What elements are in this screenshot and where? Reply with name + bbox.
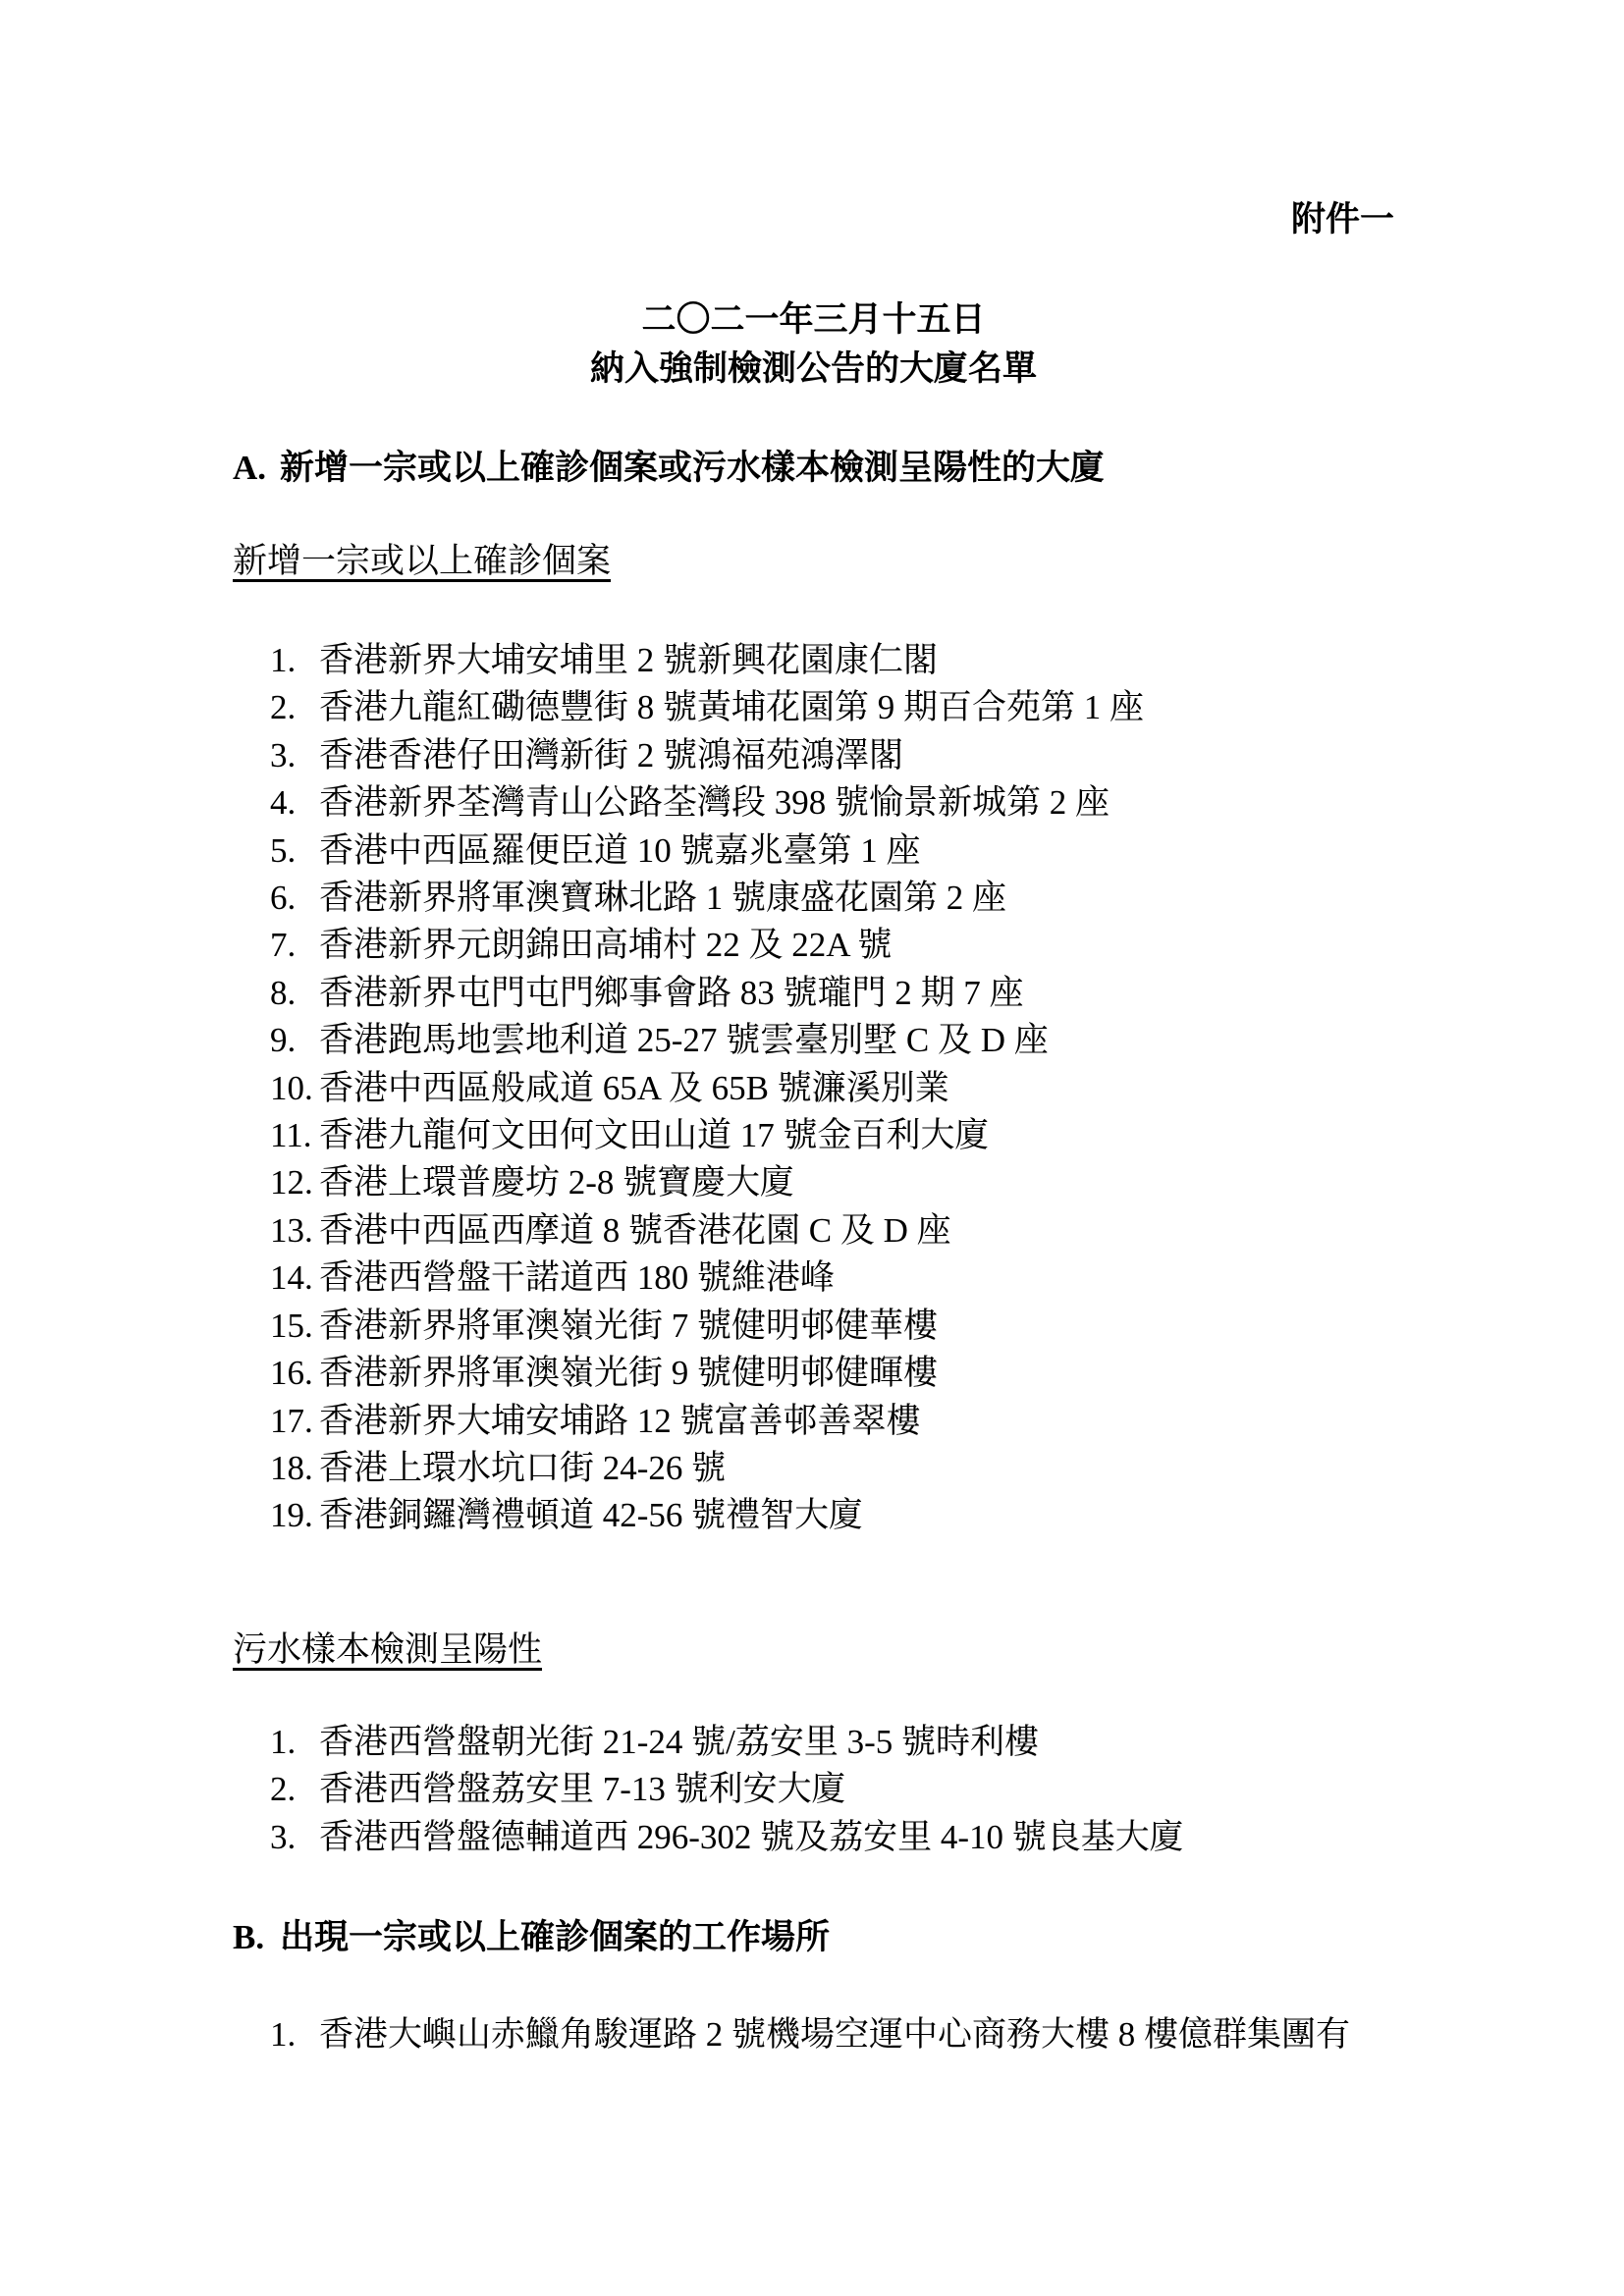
list-item-number: 6. bbox=[270, 875, 319, 922]
list-item-text: 香港大嶼山赤鱲角駿運路 2 號機場空運中心商務大樓 8 樓億群集團有 bbox=[319, 2011, 1394, 2058]
list-item-number: 11. bbox=[270, 1112, 319, 1159]
section-a-letter: A. bbox=[233, 444, 280, 493]
subsection-sewage-heading-text: 污水樣本檢測呈陽性 bbox=[233, 1630, 542, 1669]
title-date-line: 二〇二一年三月十五日 bbox=[233, 295, 1394, 345]
list-item: 11. 香港九龍何文田何文田山道 17 號金百利大廈 bbox=[233, 1112, 1394, 1159]
list-item-number: 3. bbox=[270, 1814, 319, 1861]
list-item: 2. 香港西營盤荔安里 7-13 號利安大廈 bbox=[233, 1766, 1394, 1813]
list-item-number: 10. bbox=[270, 1065, 319, 1112]
annex-label: 附件一 bbox=[233, 195, 1394, 244]
list-item-text: 香港九龍紅磡德豐街 8 號黃埔花園第 9 期百合苑第 1 座 bbox=[319, 684, 1394, 731]
list-item: 2. 香港九龍紅磡德豐街 8 號黃埔花園第 9 期百合苑第 1 座 bbox=[233, 684, 1394, 731]
list-item-text: 香港新界大埔安埔路 12 號富善邨善翠樓 bbox=[319, 1398, 1394, 1445]
section-b-letter: B. bbox=[233, 1913, 280, 1962]
confirmed-cases-list: 1. 香港新界大埔安埔里 2 號新興花園康仁閣 2. 香港九龍紅磡德豐街 8 號… bbox=[233, 637, 1394, 1540]
list-item-text: 香港新界將軍澳嶺光街 9 號健明邨健暉樓 bbox=[319, 1350, 1394, 1397]
list-item: 5. 香港中西區羅便臣道 10 號嘉兆臺第 1 座 bbox=[233, 828, 1394, 875]
list-item-number: 15. bbox=[270, 1303, 319, 1350]
title-main-line: 納入強制檢測公告的大廈名單 bbox=[233, 345, 1394, 394]
list-item: 9. 香港跑馬地雲地利道 25-27 號雲臺別墅 C 及 D 座 bbox=[233, 1017, 1394, 1064]
list-item: 7. 香港新界元朗錦田高埔村 22 及 22A 號 bbox=[233, 922, 1394, 969]
list-item-number: 12. bbox=[270, 1159, 319, 1206]
subsection-confirmed-heading: 新增一宗或以上確診個案 bbox=[233, 537, 1394, 586]
list-item: 16. 香港新界將軍澳嶺光街 9 號健明邨健暉樓 bbox=[233, 1350, 1394, 1397]
workplace-list: 1. 香港大嶼山赤鱲角駿運路 2 號機場空運中心商務大樓 8 樓億群集團有 bbox=[233, 2011, 1394, 2058]
list-item-text: 香港九龍何文田何文田山道 17 號金百利大廈 bbox=[319, 1112, 1394, 1159]
list-item: 14. 香港西營盤干諾道西 180 號維港峰 bbox=[233, 1255, 1394, 1302]
list-item: 8. 香港新界屯門屯門鄉事會路 83 號瓏門 2 期 7 座 bbox=[233, 970, 1394, 1017]
list-item-number: 8. bbox=[270, 970, 319, 1017]
list-item-number: 16. bbox=[270, 1350, 319, 1397]
list-item-number: 4. bbox=[270, 779, 319, 827]
document-page: 附件一 二〇二一年三月十五日 納入強制檢測公告的大廈名單 A. 新增一宗或以上確… bbox=[0, 0, 1624, 2296]
list-item: 10. 香港中西區般咸道 65A 及 65B 號濂溪別業 bbox=[233, 1065, 1394, 1112]
list-item-text: 香港銅鑼灣禮頓道 42-56 號禮智大廈 bbox=[319, 1492, 1394, 1539]
list-item-number: 2. bbox=[270, 684, 319, 731]
list-item: 18. 香港上環水坑口街 24-26 號 bbox=[233, 1445, 1394, 1492]
list-item-text: 香港新界屯門屯門鄉事會路 83 號瓏門 2 期 7 座 bbox=[319, 970, 1394, 1017]
list-item-number: 1. bbox=[270, 2011, 319, 2058]
list-item: 3. 香港西營盤德輔道西 296-302 號及荔安里 4-10 號良基大廈 bbox=[233, 1814, 1394, 1861]
section-b-heading: B. 出現一宗或以上確診個案的工作場所 bbox=[233, 1913, 1394, 1962]
list-item-text: 香港香港仔田灣新街 2 號鴻福苑鴻澤閣 bbox=[319, 732, 1394, 779]
document-title: 二〇二一年三月十五日 納入強制檢測公告的大廈名單 bbox=[233, 295, 1394, 394]
list-item-text: 香港西營盤干諾道西 180 號維港峰 bbox=[319, 1255, 1394, 1302]
sewage-positive-list: 1. 香港西營盤朝光街 21-24 號/荔安里 3-5 號時利樓 2. 香港西營… bbox=[233, 1719, 1394, 1861]
list-item-text: 香港中西區羅便臣道 10 號嘉兆臺第 1 座 bbox=[319, 828, 1394, 875]
list-item: 1. 香港大嶼山赤鱲角駿運路 2 號機場空運中心商務大樓 8 樓億群集團有 bbox=[233, 2011, 1394, 2058]
list-item-text: 香港新界大埔安埔里 2 號新興花園康仁閣 bbox=[319, 637, 1394, 684]
list-item-number: 14. bbox=[270, 1255, 319, 1302]
list-item: 17. 香港新界大埔安埔路 12 號富善邨善翠樓 bbox=[233, 1398, 1394, 1445]
list-item-number: 1. bbox=[270, 637, 319, 684]
list-item: 6. 香港新界將軍澳寶琳北路 1 號康盛花園第 2 座 bbox=[233, 875, 1394, 922]
list-item-text: 香港跑馬地雲地利道 25-27 號雲臺別墅 C 及 D 座 bbox=[319, 1017, 1394, 1064]
list-item: 4. 香港新界荃灣青山公路荃灣段 398 號愉景新城第 2 座 bbox=[233, 779, 1394, 827]
subsection-sewage-heading: 污水樣本檢測呈陽性 bbox=[233, 1626, 1394, 1675]
list-item-number: 17. bbox=[270, 1398, 319, 1445]
list-item-text: 香港新界將軍澳寶琳北路 1 號康盛花園第 2 座 bbox=[319, 875, 1394, 922]
list-item-text: 香港新界荃灣青山公路荃灣段 398 號愉景新城第 2 座 bbox=[319, 779, 1394, 827]
list-item-text: 香港西營盤德輔道西 296-302 號及荔安里 4-10 號良基大廈 bbox=[319, 1814, 1394, 1861]
list-item-number: 13. bbox=[270, 1207, 319, 1255]
list-item: 1. 香港西營盤朝光街 21-24 號/荔安里 3-5 號時利樓 bbox=[233, 1719, 1394, 1766]
list-item: 1. 香港新界大埔安埔里 2 號新興花園康仁閣 bbox=[233, 637, 1394, 684]
list-item: 13. 香港中西區西摩道 8 號香港花園 C 及 D 座 bbox=[233, 1207, 1394, 1255]
section-a-heading-text: 新增一宗或以上確診個案或污水樣本檢測呈陽性的大廈 bbox=[280, 444, 1105, 493]
list-item-text: 香港西營盤荔安里 7-13 號利安大廈 bbox=[319, 1766, 1394, 1813]
list-item: 12. 香港上環普慶坊 2-8 號寶慶大廈 bbox=[233, 1159, 1394, 1206]
section-a-heading: A. 新增一宗或以上確診個案或污水樣本檢測呈陽性的大廈 bbox=[233, 444, 1394, 493]
list-item-text: 香港新界將軍澳嶺光街 7 號健明邨健華樓 bbox=[319, 1303, 1394, 1350]
list-item: 3. 香港香港仔田灣新街 2 號鴻福苑鴻澤閣 bbox=[233, 732, 1394, 779]
list-item-number: 1. bbox=[270, 1719, 319, 1766]
subsection-confirmed-heading-text: 新增一宗或以上確診個案 bbox=[233, 542, 611, 580]
list-item: 15. 香港新界將軍澳嶺光街 7 號健明邨健華樓 bbox=[233, 1303, 1394, 1350]
list-item-text: 香港中西區西摩道 8 號香港花園 C 及 D 座 bbox=[319, 1207, 1394, 1255]
list-item-number: 2. bbox=[270, 1766, 319, 1813]
list-item-number: 5. bbox=[270, 828, 319, 875]
list-item-text: 香港新界元朗錦田高埔村 22 及 22A 號 bbox=[319, 922, 1394, 969]
section-b-heading-text: 出現一宗或以上確診個案的工作場所 bbox=[280, 1913, 830, 1962]
list-item-number: 18. bbox=[270, 1445, 319, 1492]
list-item-text: 香港上環普慶坊 2-8 號寶慶大廈 bbox=[319, 1159, 1394, 1206]
list-item-number: 3. bbox=[270, 732, 319, 779]
list-item-text: 香港上環水坑口街 24-26 號 bbox=[319, 1445, 1394, 1492]
list-item-number: 19. bbox=[270, 1492, 319, 1539]
list-item-number: 7. bbox=[270, 922, 319, 969]
list-item-text: 香港西營盤朝光街 21-24 號/荔安里 3-5 號時利樓 bbox=[319, 1719, 1394, 1766]
list-item-number: 9. bbox=[270, 1017, 319, 1064]
list-item-text: 香港中西區般咸道 65A 及 65B 號濂溪別業 bbox=[319, 1065, 1394, 1112]
list-item: 19. 香港銅鑼灣禮頓道 42-56 號禮智大廈 bbox=[233, 1492, 1394, 1539]
